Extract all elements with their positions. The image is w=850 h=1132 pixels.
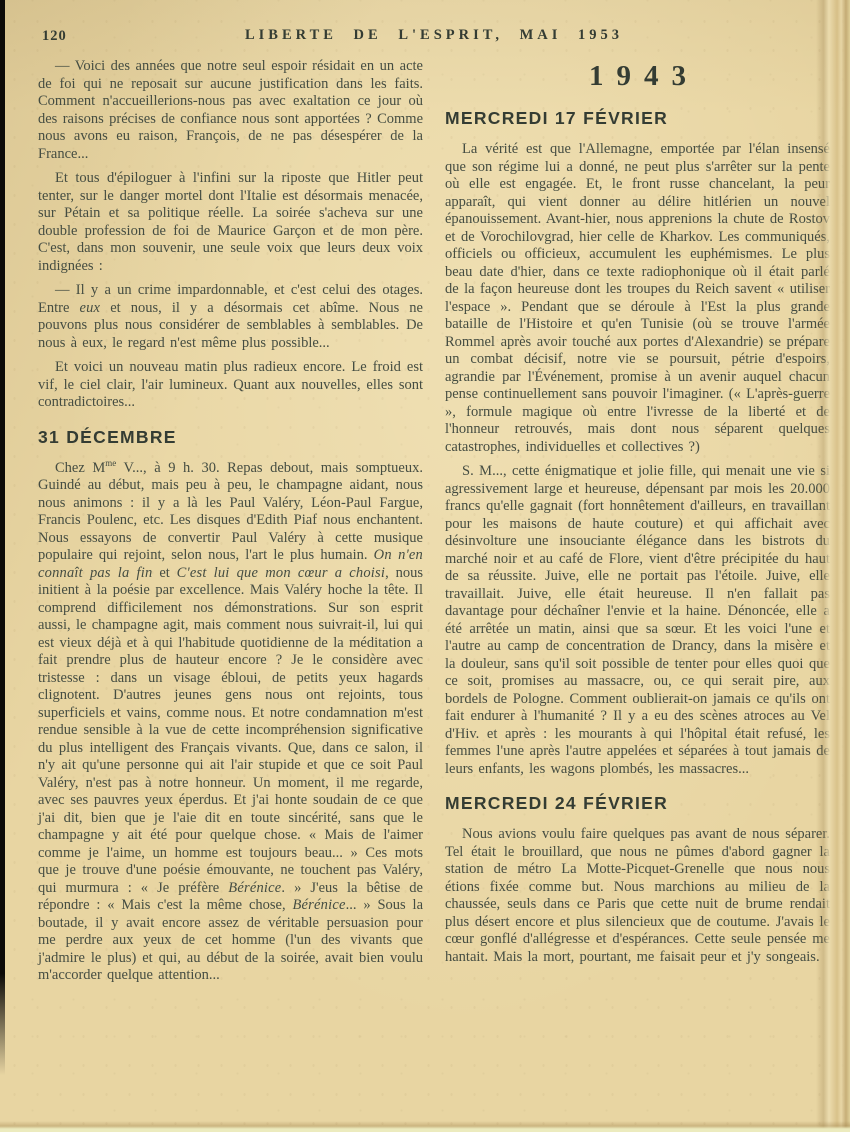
section-heading: 31 DÉCEMBRE: [38, 427, 423, 448]
section-heading: MERCREDI 17 FÉVRIER: [445, 108, 830, 129]
paragraph: — Voici des années que notre seul espoir…: [38, 58, 423, 163]
book-page-right-edge: [816, 0, 850, 1132]
section-heading: MERCREDI 24 FÉVRIER: [445, 793, 830, 814]
left-column: — Voici des années que notre seul espoir…: [38, 58, 423, 992]
paragraph: Et voici un nouveau matin plus radieux e…: [38, 359, 423, 412]
page-number: 120: [42, 28, 67, 45]
paragraph: Nous avions voulu faire quelques pas ava…: [445, 826, 830, 966]
page-header: 120 LIBERTE DE L'ESPRIT, MAI 1953: [38, 27, 830, 47]
journal-title: LIBERTE DE L'ESPRIT, MAI 1953: [38, 27, 830, 44]
scan-bottom-edge: [0, 1121, 850, 1132]
right-column: 1943MERCREDI 17 FÉVRIERLa vérité est que…: [445, 58, 830, 992]
paragraph: Chez Mme V..., à 9 h. 30. Repas debout, …: [38, 460, 423, 985]
paragraph: La vérité est que l'Allemagne, emportée …: [445, 141, 830, 456]
paragraph: — Il y a un crime impardonnable, et c'es…: [38, 282, 423, 352]
year-heading: 1943: [445, 60, 830, 93]
scanned-book-page: { "page_header": { "page_number": "120",…: [0, 0, 850, 1132]
paragraph: S. M..., cette énigmatique et jolie fill…: [445, 463, 830, 778]
scan-left-edge: [0, 0, 5, 1132]
paragraph: Et tous d'épiloguer à l'infini sur la ri…: [38, 170, 423, 275]
page-content: — Voici des années que notre seul espoir…: [38, 58, 830, 992]
